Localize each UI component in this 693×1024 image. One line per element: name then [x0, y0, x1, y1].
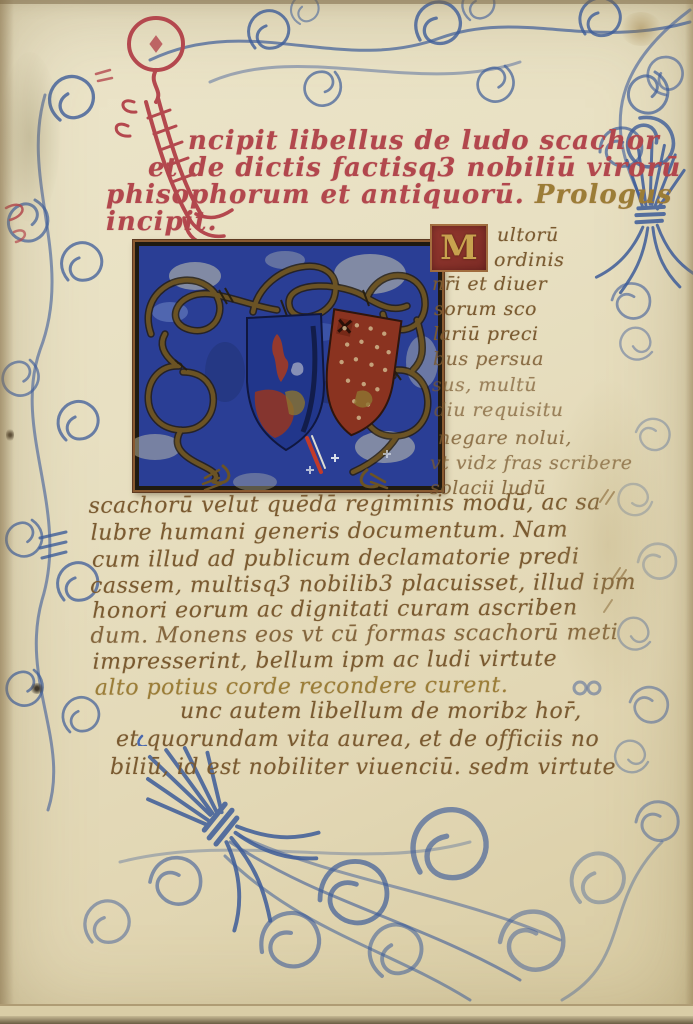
- miniature-panel: [133, 240, 444, 492]
- versal-initial-M: M: [430, 224, 488, 272]
- rubric-prologus-gold: Prologus: [535, 180, 673, 210]
- page-top-edge: [0, 0, 693, 4]
- column-line: sorum sco: [434, 298, 537, 320]
- page-gutter-edge: [0, 0, 14, 1024]
- rubric-line-3-red: phisophorum et antiquorū.: [106, 180, 525, 210]
- column-line: diu requisitu: [434, 399, 564, 421]
- column-line: sus, multū: [432, 374, 537, 396]
- paragraph2-line: biliū, id est nobiliter viuenciū. sedm v…: [110, 755, 616, 780]
- body-line: lubre humani generis documentum. Nam: [91, 517, 569, 545]
- rubric-line-2: et de dictis factisq3 nobiliū virorū: [148, 153, 681, 183]
- versal-initial-M-letter: M: [440, 228, 478, 268]
- rubric-line-3: phisophorum et antiquorū. Prologus: [106, 180, 672, 210]
- column-line: nr̄i et diuer: [432, 273, 547, 295]
- corner-stain: [620, 12, 662, 46]
- body-line: cum illud ad publicum declamatorie predi: [92, 544, 580, 572]
- column-line: bus persua: [433, 348, 544, 370]
- ink-speck-stain: [30, 683, 44, 694]
- rubric-line-1: ncipit libellus de ludo scachor: [188, 126, 660, 156]
- body-line: dum. Monens eos vt cū formas scachorū me…: [90, 620, 618, 649]
- show-through-patch: [548, 380, 668, 710]
- column-line: negare nolui,: [438, 427, 572, 449]
- body-line: scachorū velut quēdā regiminis modū, ac …: [88, 490, 600, 519]
- paragraph2-line: unc autem libellum de moribz hor̄,: [180, 699, 582, 724]
- body-line: honori eorum ac dignitati curam ascriben: [92, 595, 578, 623]
- rubric-line-4: incipit.: [106, 207, 218, 237]
- column-line: ultorū: [497, 224, 559, 246]
- body-line: impresserint, bellum ipm ac ludi virtute: [93, 647, 558, 675]
- manuscript-page: ncipit libellus de ludo scachor et de di…: [0, 0, 693, 1024]
- page-right-edge: [685, 0, 693, 1024]
- paragraph2-line: et quorundam vita aurea, et de officiis …: [116, 727, 599, 752]
- column-line: lariū preci: [433, 323, 539, 345]
- bottom-shadow: [0, 1016, 693, 1024]
- column-line: ordinis: [494, 249, 564, 271]
